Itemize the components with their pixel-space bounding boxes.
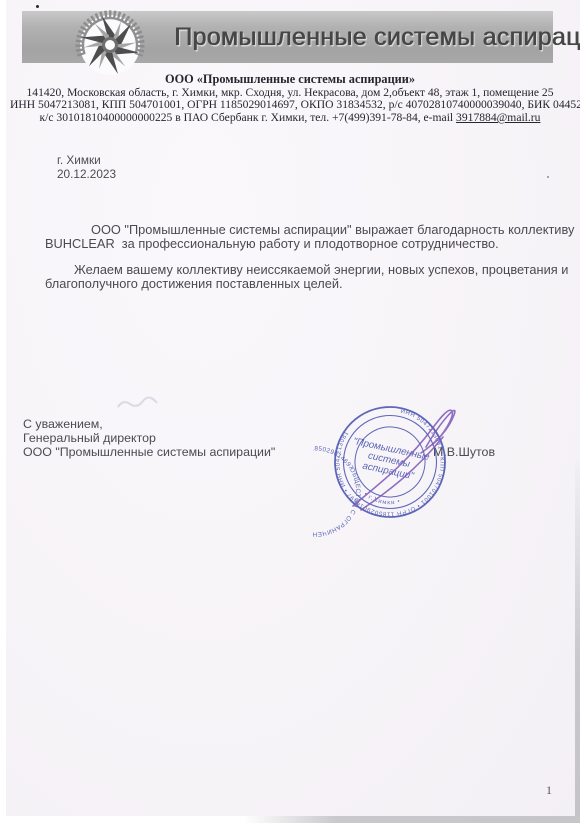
scan-edge-right [575, 453, 580, 823]
paragraph2-line2: благополучного достижения поставленных ц… [45, 277, 545, 291]
letterhead: ООО «Промышленные системы аспирации» 141… [10, 73, 570, 125]
letter-city: г. Химки [57, 154, 116, 168]
letter-body: ООО "Промышленные системы аспирации" выр… [45, 223, 545, 291]
scan-edge-bottom [0, 816, 580, 823]
banner-title: Промышленные системы аспирации [174, 23, 580, 52]
scan-speck [36, 5, 39, 8]
paragraph1-line1: ООО "Промышленные системы аспирации" выр… [45, 223, 545, 237]
company-logo-icon [60, 7, 160, 79]
scan-speck [541, 267, 543, 269]
scan-edge-left [0, 0, 6, 823]
signature-position: Генеральный директор [23, 431, 275, 445]
signature-company: ООО "Промышленные системы аспирации" [23, 445, 275, 459]
letterhead-bank-prefix: к/с 30101810400000000225 в ПАО Сбербанк … [40, 111, 457, 124]
paragraph1-line2: BUHCLEAR за профессиональную работу и пл… [45, 237, 545, 251]
letter-date: 20.12.2023 [57, 168, 116, 182]
city-date-block: г. Химки 20.12.2023 [57, 154, 116, 182]
signature-regards: С уважением, [23, 417, 275, 431]
scan-speck [547, 176, 549, 178]
scanned-letter-page: Промышленные системы аспирации [0, 0, 580, 823]
email-link[interactable]: 3917884@mail.ru [456, 111, 540, 124]
page-number: 1 [546, 783, 552, 798]
paragraph-gap [45, 252, 545, 263]
letterhead-bank-line: к/с 30101810400000000225 в ПАО Сбербанк … [10, 112, 570, 125]
paragraph2-line1: Желаем вашему коллективу неиссякаемой эн… [45, 263, 545, 277]
scan-speck [373, 268, 375, 270]
company-stamp: ИНН 5047213081 • КПП 504701001 • ОГРН 11… [313, 386, 469, 538]
letterhead-company-name: ООО «Промышленные системы аспирации» [10, 73, 570, 87]
signature-block: С уважением, Генеральный директор ООО "П… [23, 417, 275, 460]
scan-smudge [116, 397, 162, 411]
